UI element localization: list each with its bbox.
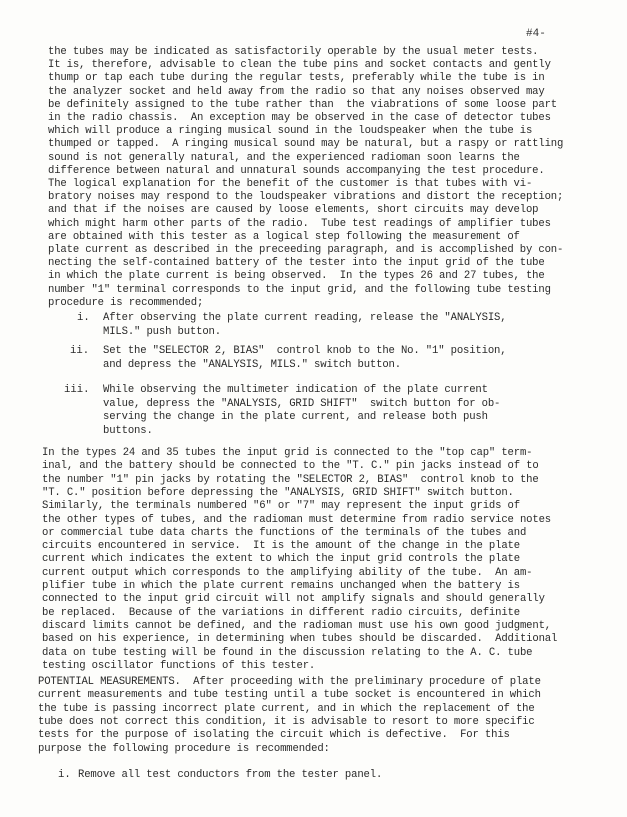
list-item-number: ii. [70,345,89,357]
paragraph-line: the other types of tubes, and the radiom… [42,514,551,527]
paragraph-line: tests for the purpose of isolating the c… [38,729,510,742]
list-item-line: Remove all test conductors from the test… [78,769,382,782]
paragraph-line: the analyzer socket and held away from t… [48,86,545,99]
paragraph-line: thump or tap each tube during the regula… [48,72,545,85]
list-item-line: After observing the plate current readin… [103,312,506,325]
paragraph-line: are obtained with this tester as a logic… [48,231,520,244]
paragraph-line: current which indicates the extent to wh… [42,553,520,566]
paragraph-line: in which the plate current is being obse… [48,270,545,283]
paragraph-line: tube does not correct this condition, it… [38,716,535,729]
paragraph-line: current output which corresponds to the … [42,567,532,580]
paragraph-line: number "1" terminal corresponds to the i… [48,284,551,297]
paragraph-line: be definitely assigned to the tube rathe… [48,99,557,112]
paragraph-line: "T. C." position before depressing the "… [42,487,514,500]
list-item-line: value, depress the "ANALYSIS, GRID SHIFT… [103,398,500,411]
paragraph-line: plifier tube in which the plate current … [42,580,520,593]
paragraph-line: in the radio chassis. An exception may b… [48,112,551,125]
paragraph-line: necting the self-contained battery of th… [48,257,545,270]
paragraph-line: thumped or tapped. A ringing musical sou… [48,138,563,151]
paragraph-line: sound is not generally natural, and the … [48,152,520,165]
paragraph-line: plate current as described in the precee… [48,244,563,257]
paragraph-line: the tubes may be indicated as satisfacto… [48,46,538,59]
paragraph-line: based on his experience, in determining … [42,633,557,646]
list-item-number: i. [58,769,71,781]
paragraph-line: In the types 24 and 35 tubes the input g… [42,447,532,460]
list-item-line: MILS." push button. [103,326,221,339]
paragraph-line: testing oscillator functions of this tes… [42,660,315,673]
paragraph-line: circuits encountered in service. It is t… [42,540,520,553]
paragraph-line: difference between natural and unnatural… [48,165,545,178]
paragraph-line: procedure is recommended; [48,297,203,310]
paragraph-line: connected to the input grid circuit will… [42,593,545,606]
paragraph-line: the number "1" pin jacks by rotating the… [42,474,539,487]
paragraph-line: Similarly, the terminals numbered "6" or… [42,500,520,513]
paragraph-line: inal, and the battery should be connecte… [42,460,539,473]
paragraph-line: which might harm other parts of the radi… [48,218,551,231]
list-item-number: iii. [64,384,89,396]
list-item-line: buttons. [103,425,153,438]
paragraph-line: purpose the following procedure is recom… [38,743,330,756]
list-item-number: i. [77,312,90,324]
paragraph-line: and that if the noises are caused by loo… [48,204,538,217]
list-item-line: Set the "SELECTOR 2, BIAS" control knob … [103,345,506,358]
paragraph-line: discard limits cannot be defined, and th… [42,620,551,633]
paragraph-line: bratory noises may respond to the loudsp… [48,191,563,204]
paragraph-line: be replaced. Because of the variations i… [42,607,520,620]
list-item-line: serving the change in the plate current,… [103,411,488,424]
page-number: #4- [526,28,546,40]
paragraph-line: or commercial tube data charts the funct… [42,527,526,540]
paragraph-line: data on tube testing will be found in th… [42,647,532,660]
list-item-line: and depress the "ANALYSIS, MILS." switch… [103,359,401,372]
paragraph-line: It is, therefore, advisable to clean the… [48,59,551,72]
paragraph-line: current measurements and tube testing un… [38,689,541,702]
list-item-line: While observing the multimeter indicatio… [103,384,488,397]
paragraph-line: The logical explanation for the benefit … [48,178,532,191]
paragraph-line: which will produce a ringing musical sou… [48,125,532,138]
paragraph-line: POTENTIAL MEASUREMENTS. After proceeding… [38,676,541,689]
paragraph-line: the tube is passing incorrect plate curr… [38,703,535,716]
